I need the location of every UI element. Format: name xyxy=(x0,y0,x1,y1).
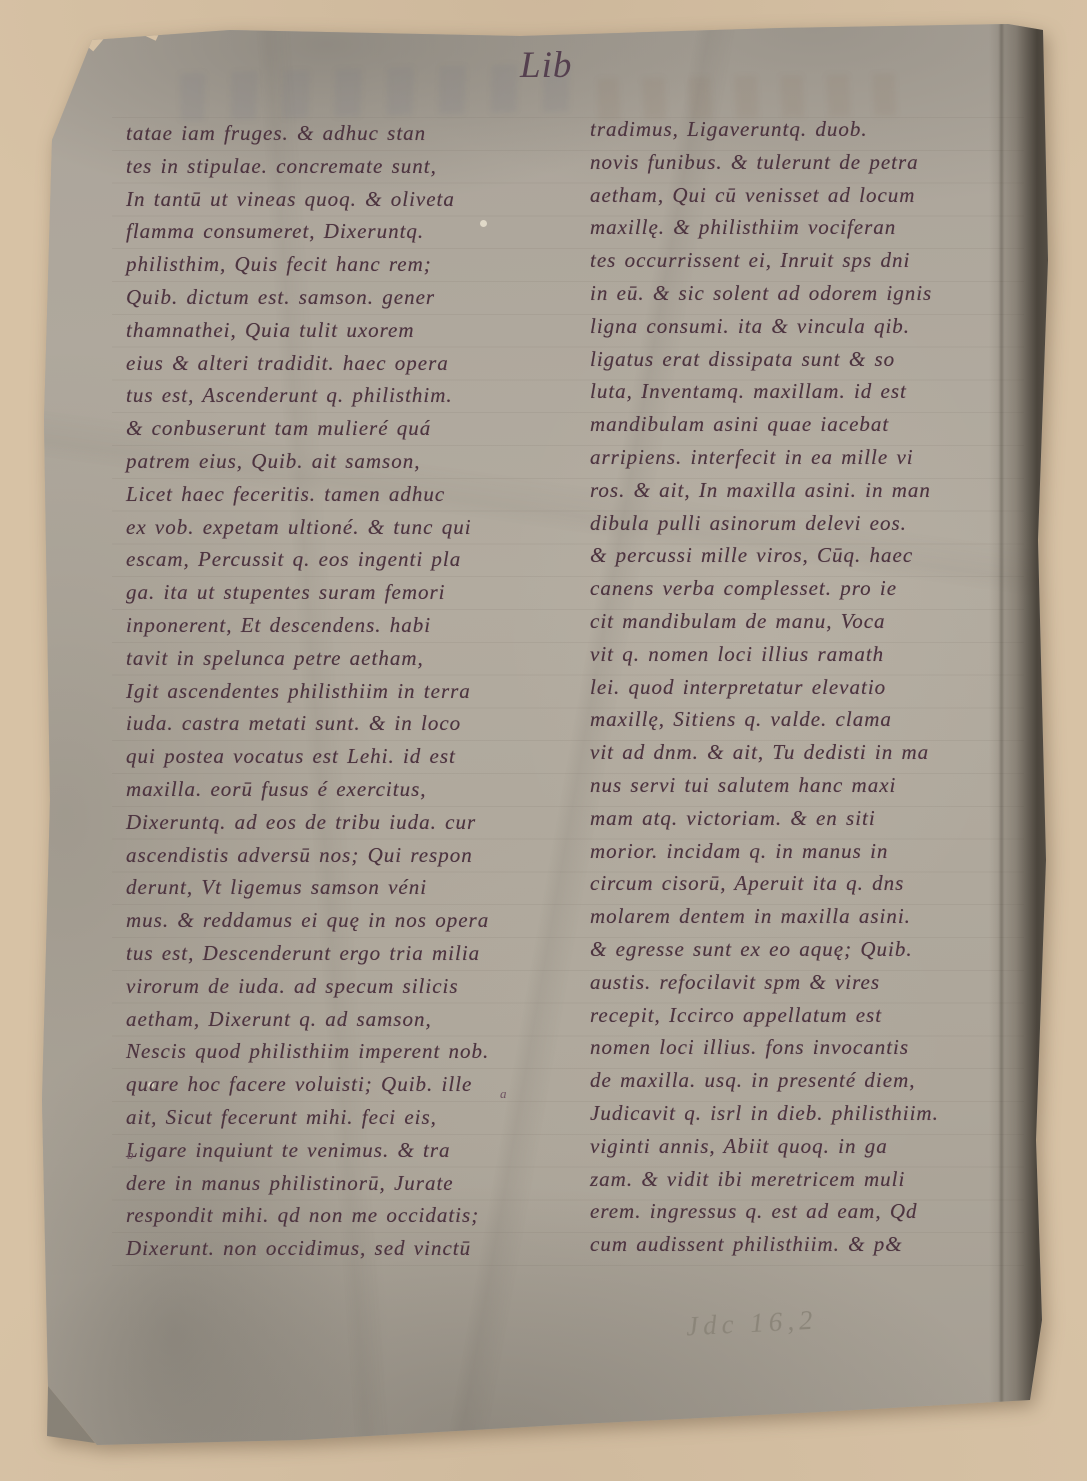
interlinear-correction-b: b xyxy=(127,1147,134,1163)
manuscript-line: recepit, Iccirco appellatum est xyxy=(590,999,1034,1032)
manuscript-line: & percussi mille viros, Cūq. haec xyxy=(590,539,1034,572)
manuscript-line: tradimus, Ligaveruntq. duob. xyxy=(590,113,1034,146)
manuscript-line: thamnathei, Quia tulit uxorem xyxy=(126,314,576,347)
manuscript-line: de maxilla. usq. in presenté diem, xyxy=(590,1064,1034,1097)
manuscript-line: morior. incidam q. in manus in xyxy=(590,835,1034,868)
manuscript-line: novis funibus. & tulerunt de petra xyxy=(590,146,1034,179)
manuscript-line: ex vob. expetam ultioné. & tunc qui xyxy=(126,511,576,544)
manuscript-line: cit mandibulam de manu, Voca xyxy=(590,605,1034,638)
manuscript-line: nomen loci illius. fons invocantis xyxy=(590,1031,1034,1064)
manuscript-line: & egresse sunt ex eo aquę; Quib. xyxy=(590,933,1034,966)
manuscript-line: tes occurrissent ei, Inruit sps dni xyxy=(590,244,1034,277)
manuscript-line: respondit mihi. qd non me occidatis; xyxy=(126,1199,576,1232)
manuscript-line: ascendistis adversū nos; Qui respon xyxy=(126,839,576,872)
manuscript-line: maxillę, Sitiens q. valde. clama xyxy=(590,703,1034,736)
manuscript-line: maxillę. & philisthiim vociferan xyxy=(590,211,1034,244)
manuscript-line: Dixeruntq. ad eos de tribu iuda. cur xyxy=(126,806,576,839)
manuscript-line: zam. & vidit ibi meretricem muli xyxy=(590,1163,1034,1196)
manuscript-line: aetham, Qui cū venisset ad locum xyxy=(590,179,1034,212)
manuscript-line: virorum de iuda. ad specum silicis xyxy=(126,970,576,1003)
manuscript-line: ligatus erat dissipata sunt & so xyxy=(590,343,1034,376)
manuscript-line: derunt, Vt ligemus samson véni xyxy=(126,871,576,904)
manuscript-line: Ligare inquiunt te venimus. & tra xyxy=(126,1134,576,1167)
manuscript-line: ga. ita ut stupentes suram femori xyxy=(126,576,576,609)
manuscript-line: Dixerunt. non occidimus, sed vinctū xyxy=(126,1232,576,1265)
manuscript-line: tus est, Descenderunt ergo tria milia xyxy=(126,937,576,970)
page-header: Lib xyxy=(520,44,572,87)
manuscript-line: dibula pulli asinorum delevi eos. xyxy=(590,507,1034,540)
manuscript-line: luta, Inventamq. maxillam. id est xyxy=(590,375,1034,408)
manuscript-line: patrem eius, Quib. ait samson, xyxy=(126,445,576,478)
manuscript-line: vit ad dnm. & ait, Tu dedisti in ma xyxy=(590,736,1034,769)
manuscript-line: tatae iam fruges. & adhuc stan xyxy=(126,117,576,150)
manuscript-line: tavit in spelunca petre aetham, xyxy=(126,642,576,675)
manuscript-line: Licet haec feceritis. tamen adhuc xyxy=(126,478,576,511)
text-column-right: tradimus, Ligaveruntq. duob.novis funibu… xyxy=(590,113,1034,1261)
manuscript-line: inponerent, Et descendens. habi xyxy=(126,609,576,642)
manuscript-line: austis. refocilavit spm & vires xyxy=(590,966,1034,999)
manuscript-line: maxilla. eorū fusus é exercitus, xyxy=(126,773,576,806)
text-column-left: tatae iam fruges. & adhuc stantes in sti… xyxy=(126,117,576,1265)
manuscript-line: ait, Sicut fecerunt mihi. feci eis, xyxy=(126,1101,576,1134)
manuscript-line: eius & alteri tradidit. haec opera xyxy=(126,347,576,380)
manuscript-line: tus est, Ascenderunt q. philisthim. xyxy=(126,379,576,412)
manuscript-line: & conbuserunt tam mulieré quá xyxy=(126,412,576,445)
interlinear-correction-a: a xyxy=(500,1086,507,1102)
manuscript-line: In tantū ut vineas quoq. & oliveta xyxy=(126,183,576,216)
manuscript-line: canens verba complesset. pro ie xyxy=(590,572,1034,605)
manuscript-line: vit q. nomen loci illius ramath xyxy=(590,638,1034,671)
manuscript-line: Nescis quod philisthiim imperent nob. xyxy=(126,1035,576,1068)
manuscript-line: qui postea vocatus est Lehi. id est xyxy=(126,740,576,773)
manuscript-line: arripiens. interfecit in ea mille vi xyxy=(590,441,1034,474)
manuscript-line: mandibulam asini quae iacebat xyxy=(590,408,1034,441)
manuscript-line: mus. & reddamus ei quę in nos opera xyxy=(126,904,576,937)
parchment-sheet-wrapper: Lib tatae iam fruges. & adhuc stantes in… xyxy=(0,0,1087,1481)
parchment-sheet: Lib tatae iam fruges. & adhuc stantes in… xyxy=(0,0,1087,1481)
manuscript-line: nus servi tui salutem hanc maxi xyxy=(590,769,1034,802)
manuscript-line: viginti annis, Abiit quoq. in ga xyxy=(590,1130,1034,1163)
manuscript-line: aetham, Dixerunt q. ad samson, xyxy=(126,1003,576,1036)
manuscript-line: cum audissent philisthiim. & p& xyxy=(590,1228,1034,1261)
manuscript-line: ros. & ait, In maxilla asini. in man xyxy=(590,474,1034,507)
manuscript-line: dere in manus philistinorū, Jurate xyxy=(126,1167,576,1200)
manuscript-line: mam atq. victoriam. & en siti xyxy=(590,802,1034,835)
manuscript-line: Quib. dictum est. samson. gener xyxy=(126,281,576,314)
manuscript-line: molarem dentem in maxilla asini. xyxy=(590,900,1034,933)
manuscript-line: lei. quod interpretatur elevatio xyxy=(590,671,1034,704)
manuscript-line: iuda. castra metati sunt. & in loco xyxy=(126,707,576,740)
manuscript-photo: Lib tatae iam fruges. & adhuc stantes in… xyxy=(0,0,1087,1481)
manuscript-line: Judicavit q. isrl in dieb. philisthiim. xyxy=(590,1097,1034,1130)
manuscript-line: Igit ascendentes philisthiim in terra xyxy=(126,675,576,708)
manuscript-line: ligna consumi. ita & vincula qib. xyxy=(590,310,1034,343)
manuscript-line: escam, Percussit q. eos ingenti pla xyxy=(126,543,576,576)
manuscript-line: erem. ingressus q. est ad eam, Qd xyxy=(590,1195,1034,1228)
manuscript-line: tes in stipulae. concremate sunt, xyxy=(126,150,576,183)
manuscript-line: flamma consumeret, Dixeruntq. xyxy=(126,215,576,248)
manuscript-line: philisthim, Quis fecit hanc rem; xyxy=(126,248,576,281)
manuscript-line: quare hoc facere voluisti; Quib. ille xyxy=(126,1068,576,1101)
manuscript-line: circum cisorū, Aperuit ita q. dns xyxy=(590,867,1034,900)
manuscript-line: in eū. & sic solent ad odorem ignis xyxy=(590,277,1034,310)
